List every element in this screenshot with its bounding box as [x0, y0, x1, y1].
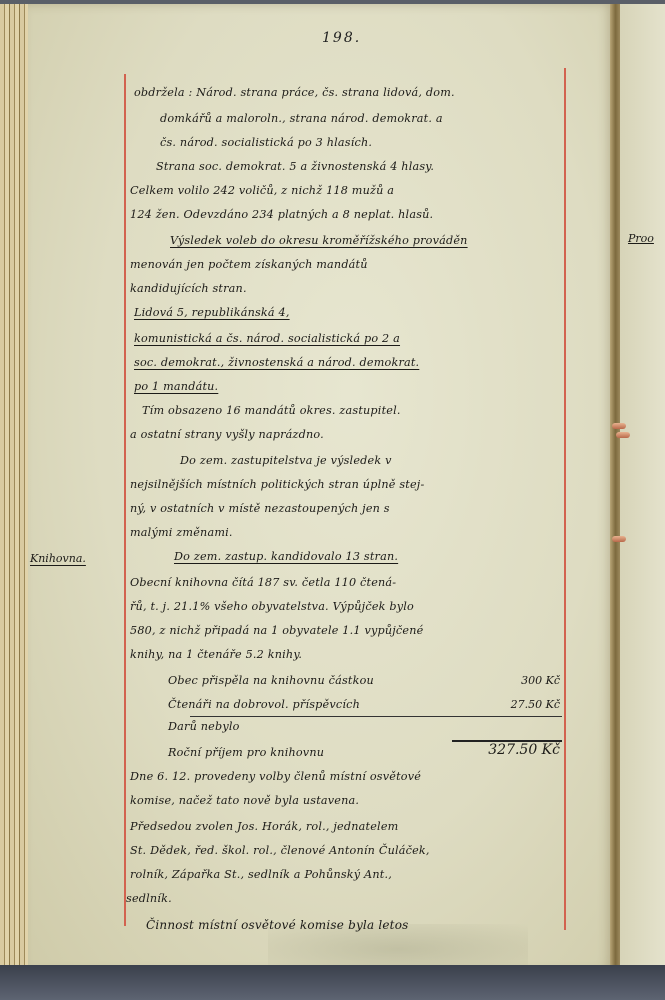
- text-line-underlined: Do zem. zastup. kandidovalo 13 stran.: [174, 550, 398, 563]
- text-line: Čtenáři na dobrovol. příspěvcích: [168, 698, 360, 711]
- text-line: čs. národ. socialistická po 3 hlasích.: [160, 136, 372, 149]
- binding-thread: [612, 423, 626, 429]
- text-line: menován jen počtem získaných mandátů: [130, 258, 368, 271]
- text-line: Roční příjem pro knihovnu: [168, 746, 324, 759]
- text-line: Dne 6. 12. provedeny volby členů místní …: [130, 770, 421, 783]
- text-line: obdržela : Národ. strana práce, čs. stra…: [134, 86, 455, 99]
- text-line: knihy, na 1 čtenáře 5.2 knihy.: [130, 648, 302, 661]
- text-line: Předsedou zvolen Jos. Horák, rol., jedna…: [130, 820, 398, 833]
- text-line: Strana soc. demokrat. 5 a živnostenská 4…: [156, 160, 434, 173]
- text-line: Činnost místní osvětové komise byla leto…: [146, 918, 408, 932]
- stacked-page-edges: [0, 4, 30, 974]
- text-line: řů, t. j. 21.1% všeho obyvatelstva. Výpů…: [130, 600, 414, 613]
- left-margin-rule: [124, 74, 126, 926]
- text-line: komise, načež tato nově byla ustavena.: [130, 794, 359, 807]
- scan-background-bottom: [0, 965, 665, 1000]
- text-line: Do zem. zastupitelstva je výsledek v: [180, 454, 392, 467]
- facing-page-edge: [620, 4, 665, 972]
- text-line: Tím obsazeno 16 mandátů okres. zastupite…: [142, 404, 401, 417]
- text-line-underlined: Výsledek voleb do okresu kroměřížského p…: [170, 234, 468, 247]
- text-line: malými změnami.: [130, 526, 233, 539]
- binding-thread: [616, 432, 630, 438]
- text-line: rolník, Zápařka St., sedlník a Pohůnský …: [130, 868, 392, 881]
- text-line-underlined: komunistická a čs. národ. socialistická …: [134, 332, 400, 345]
- text-line: 580, z nichž připadá na 1 obyvatele 1.1 …: [130, 624, 423, 637]
- text-line: St. Dědek, řed. škol. rol., členové Anto…: [130, 844, 430, 857]
- text-line: domkářů a maloroln., strana národ. demok…: [160, 112, 443, 125]
- text-line: ný, v ostatních v místě nezastoupených j…: [130, 502, 390, 515]
- text-line: nejsilnějších místních politických stran…: [130, 478, 424, 491]
- text-line-underlined: Lidová 5, republikánská 4,: [134, 306, 290, 319]
- right-margin-rule: [564, 68, 566, 930]
- total-underline: [452, 740, 562, 742]
- facing-page-text-fragment: Proo: [628, 232, 654, 245]
- page-number: 198.: [322, 30, 361, 46]
- text-line: Obecní knihovna čítá 187 sv. četla 110 č…: [130, 576, 396, 589]
- margin-heading-library: Knihovna.: [30, 552, 86, 565]
- text-line: Celkem volilo 242 voličů, z nichž 118 mu…: [130, 184, 394, 197]
- amount-reader-contributions: 27.50 Kč: [511, 698, 560, 711]
- text-line-underlined: soc. demokrat., živnostenská a národ. de…: [134, 356, 419, 369]
- text-line: 124 žen. Odevzdáno 234 platných a 8 nepl…: [130, 208, 433, 221]
- text-line: kandidujících stran.: [130, 282, 247, 295]
- text-line-underlined: po 1 mandátu.: [134, 380, 218, 393]
- sum-divider: [190, 716, 562, 717]
- amount-annual-total: 327.50 Kč: [488, 742, 560, 758]
- text-line: a ostatní strany vyšly naprázdno.: [130, 428, 324, 441]
- text-line: Darů nebylo: [168, 720, 240, 733]
- amount-municipal-contribution: 300 Kč: [521, 674, 560, 687]
- text-line: sedlník.: [126, 892, 172, 905]
- text-line: Obec přispěla na knihovnu částkou: [168, 674, 374, 687]
- binding-thread: [612, 536, 626, 542]
